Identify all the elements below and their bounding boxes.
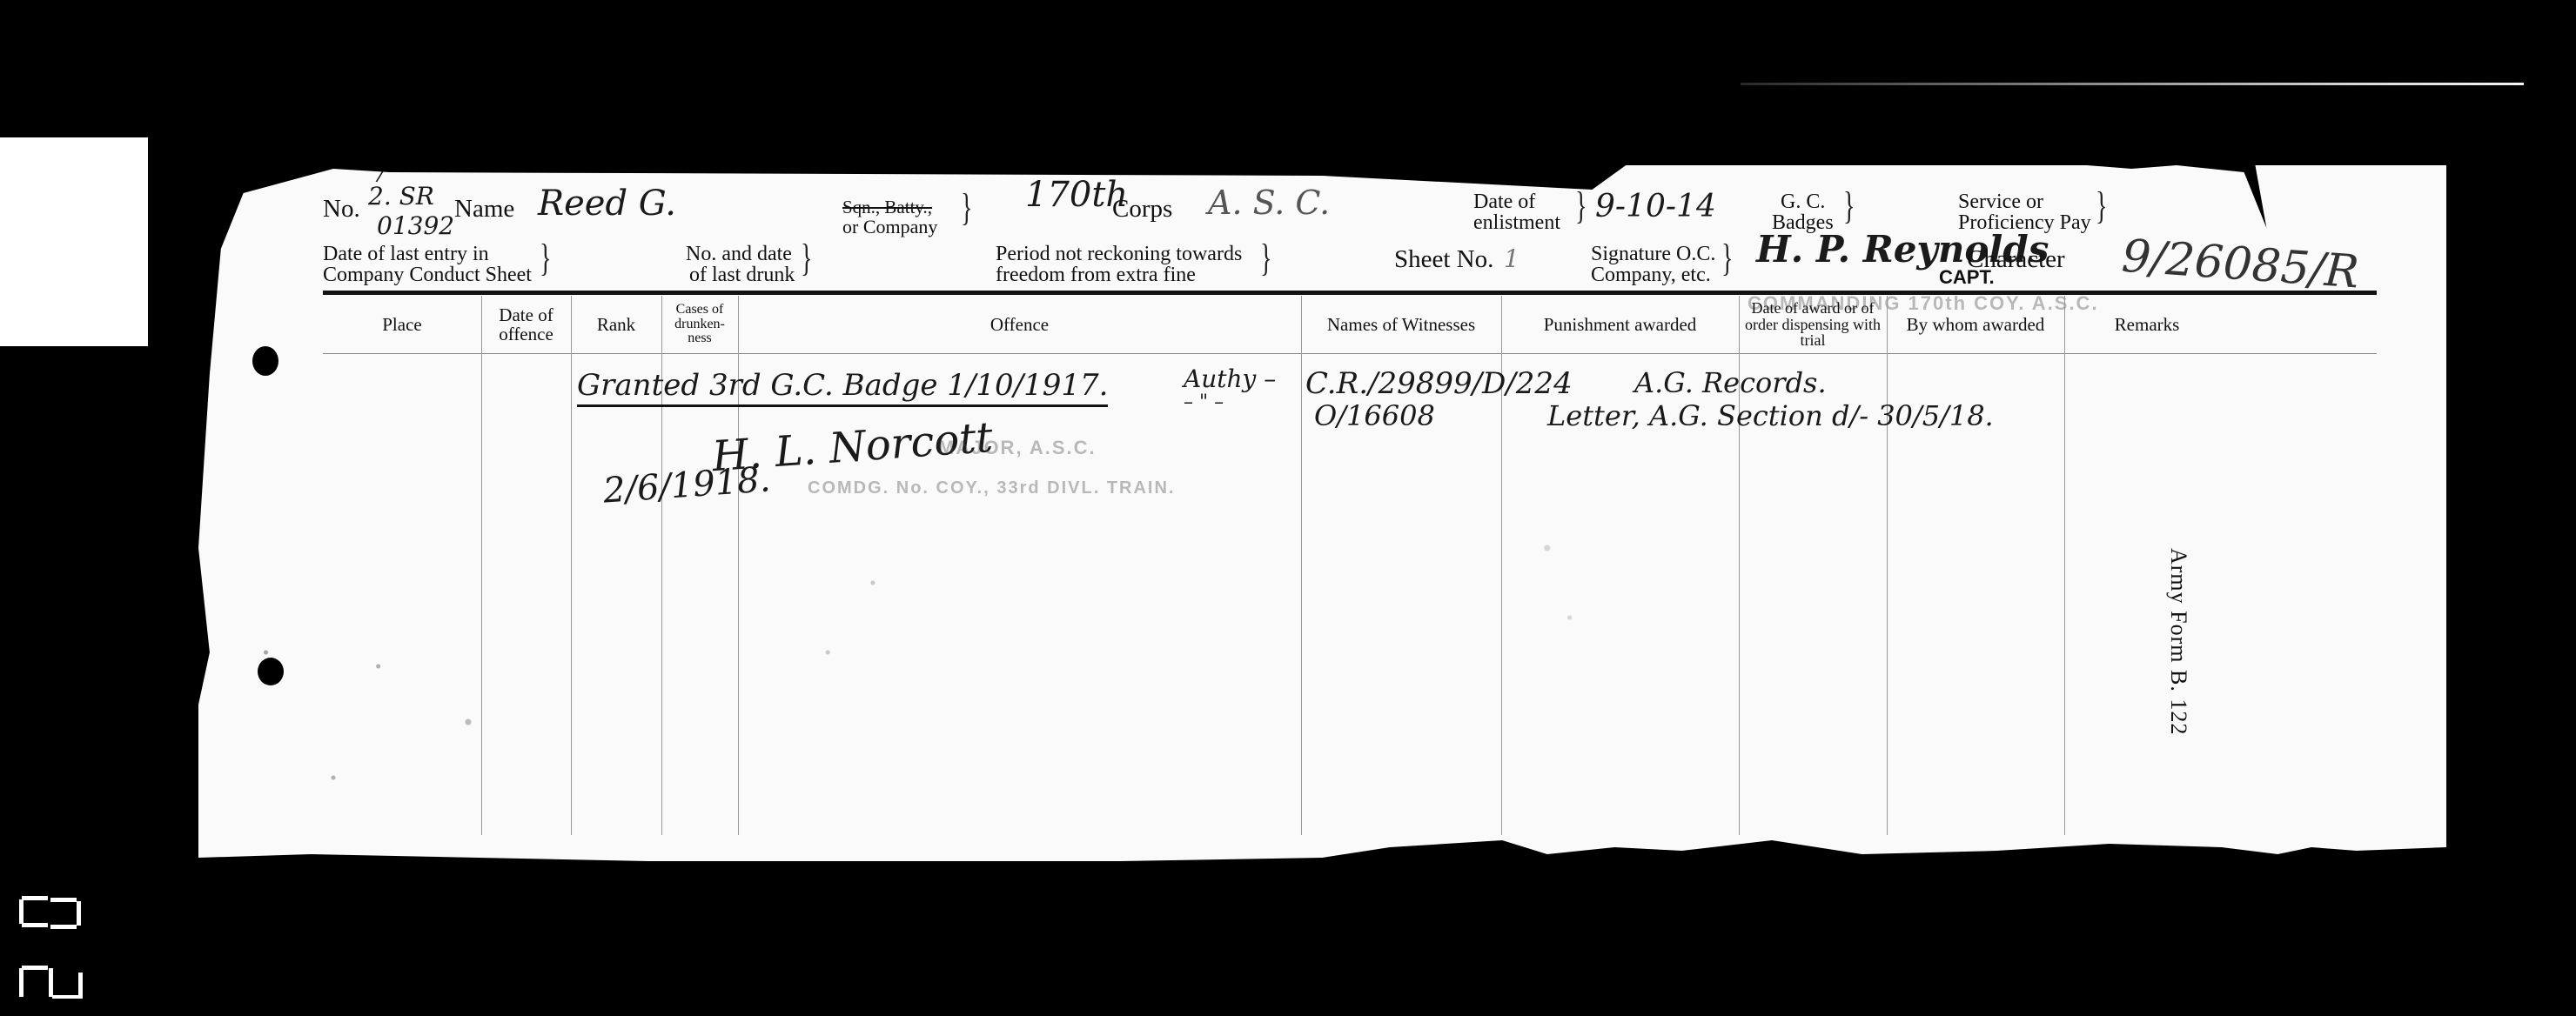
authority-line-1: Authy – xyxy=(1184,367,1276,391)
entry-date: 2/6/1918. xyxy=(602,462,772,508)
header-divider xyxy=(323,291,2377,295)
signature-label-1: Signature O.C. xyxy=(1591,244,1715,264)
signature-label-2: Company, etc. xyxy=(1591,264,1711,285)
sheet-no-value: 1 xyxy=(1504,247,1519,271)
column-header-remarks: Remarks xyxy=(2064,296,2230,353)
brace-icon: } xyxy=(1843,195,1855,219)
frame-counter-digits xyxy=(16,886,85,999)
punishment-line-1: A.G. Records. xyxy=(1634,369,1827,397)
scan-calibration-card xyxy=(0,137,148,346)
authority-line-2: – " – xyxy=(1184,393,1224,412)
service-pay-label-1: Service or xyxy=(1958,191,2043,212)
witness-reference-2: O/16608 xyxy=(1314,402,1435,430)
column-header-divider xyxy=(323,353,2377,354)
period-label-1: Period not reckoning towards xyxy=(996,244,1242,264)
punishment-line-2: Letter, A.G. Section d/- 30/5/18. xyxy=(1547,402,1994,430)
witness-reference-1: C.R./29899/D/224 xyxy=(1305,369,1573,398)
name-value: Reed G. xyxy=(538,186,676,221)
sqn-batty-label: Sqn., Batty., xyxy=(842,198,932,217)
sheet-no-label: Sheet No. xyxy=(1394,247,1493,272)
reference-number: 9/26085/R xyxy=(2121,234,2361,296)
no-value-bottom: 01392 xyxy=(377,214,454,238)
period-label-2: freedom from extra fine xyxy=(996,264,1196,285)
punch-hole xyxy=(258,658,284,685)
column-header-punishment-awarded: Punishment awarded xyxy=(1501,296,1739,353)
army-form-b122-document: No. 7 2. SR 01392 Name Reed G. Sqn., Bat… xyxy=(198,165,2446,861)
column-header-rank: Rank xyxy=(571,296,661,353)
date-enlistment-value: 9-10-14 xyxy=(1595,191,1716,223)
character-label: Character xyxy=(1967,247,2065,272)
column-divider xyxy=(481,296,482,835)
column-header-date-of-offence: Date of offence xyxy=(481,296,571,353)
major-stamp: MAJOR, A.S.C. xyxy=(938,437,1097,459)
no-value-mid: 2. SR xyxy=(368,184,434,209)
date-enlistment-label-1: Date of xyxy=(1473,191,1535,212)
brace-icon: } xyxy=(2096,195,2107,219)
paper-grain xyxy=(198,165,2446,861)
date-enlistment-label-2: enlistment xyxy=(1473,212,1560,233)
column-header-place: Place xyxy=(323,296,481,353)
division-train-stamp: COMDG. No. COY., 33rd DIVL. TRAIN. xyxy=(808,478,1175,498)
no-label: No. xyxy=(323,197,360,222)
column-divider xyxy=(571,296,572,835)
column-header-by-whom-awarded: By whom awarded xyxy=(1887,296,2064,353)
last-entry-label-1: Date of last entry in xyxy=(323,244,489,264)
brace-icon: } xyxy=(801,247,812,271)
brace-icon: } xyxy=(961,197,972,221)
offence-entry: Granted 3rd G.C. Badge 1/10/1917. xyxy=(577,371,1108,400)
brace-icon: } xyxy=(540,247,551,271)
column-divider xyxy=(1301,296,1302,835)
column-divider xyxy=(1887,296,1888,835)
brace-icon: } xyxy=(1260,247,1271,271)
column-header-names-of-witnesses: Names of Witnesses xyxy=(1301,296,1501,353)
corps-label: Corps xyxy=(1112,197,1172,222)
scanner-edge-strip xyxy=(1741,83,2524,85)
punch-hole xyxy=(252,346,278,376)
column-header-offence: Offence xyxy=(738,296,1301,353)
brace-icon: } xyxy=(1575,195,1587,219)
brace-icon: } xyxy=(1721,247,1733,271)
column-divider xyxy=(2064,296,2065,835)
company-label: or Company xyxy=(842,217,937,237)
column-header-cases-of-drunkenness: Cases of drunken-ness xyxy=(661,296,738,353)
corps-suffix: A. S. C. xyxy=(1208,186,1330,219)
gc-badges-label-1: G. C. xyxy=(1781,191,1825,212)
last-entry-label-2: Company Conduct Sheet xyxy=(323,264,532,285)
last-drunk-label-2: of last drunk xyxy=(689,264,795,285)
last-drunk-label-1: No. and date xyxy=(686,244,792,264)
name-label: Name xyxy=(454,197,514,222)
form-identifier: Army Form B. 122 xyxy=(2165,548,2191,735)
column-header-date-of-award: Date of award or of order dispensing wit… xyxy=(1739,296,1887,353)
